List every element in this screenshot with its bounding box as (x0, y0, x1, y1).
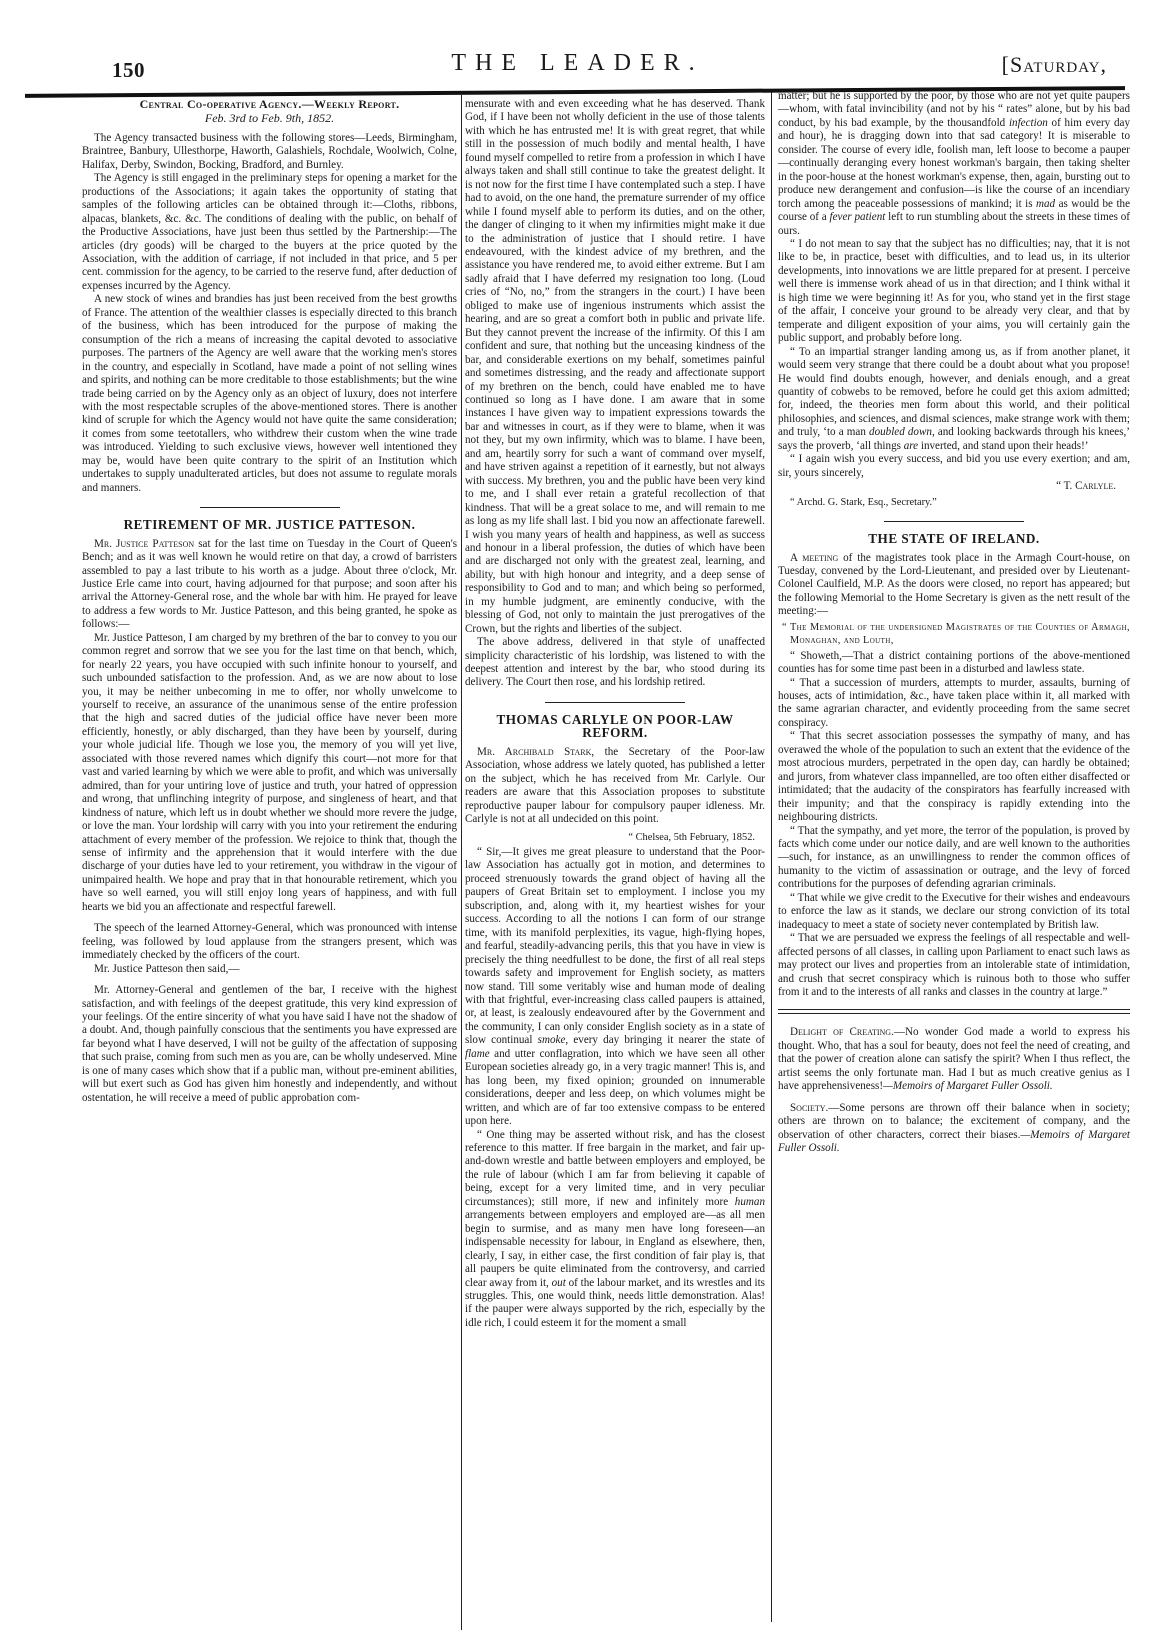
column-divider (461, 95, 462, 1630)
paragraph: The Agency is still engaged in the preli… (82, 172, 457, 293)
paragraph: A new stock of wines and brandies has ju… (82, 293, 457, 495)
date-range: Feb. 3rd to Feb. 9th, 1852. (82, 112, 457, 125)
paragraph: “ That this secret association possesses… (778, 730, 1130, 824)
letter-paragraph: “ One thing may be asserted without risk… (465, 1129, 765, 1331)
lead-words: Delight of Creating. (790, 1026, 894, 1038)
section-divider (884, 521, 1024, 522)
paragraph: “ That while we give credit to the Execu… (778, 892, 1130, 932)
paragraph: “ Showeth,—That a district containing po… (778, 650, 1130, 677)
article-carlyle-continued: matter; but he is supported by the poor,… (778, 90, 1130, 509)
paragraph: “ That we are persuaded we express the f… (778, 932, 1130, 999)
article-title: THE STATE OF IRELAND. (778, 532, 1130, 545)
article-title: RETIREMENT OF MR. JUSTICE PATTESON. (82, 518, 457, 531)
article-society: Society.—Some persons are thrown off the… (778, 1102, 1130, 1156)
column-left: Central Co-operative Agency.—Weekly Repo… (82, 98, 457, 1105)
letter-paragraph: “ I do not mean to say that the subject … (778, 238, 1130, 346)
letter-dateline: “ Chelsea, 5th February, 1852. (465, 831, 765, 844)
paragraph: Mr. Justice Patteson then said,— (82, 963, 457, 976)
article-carlyle: THOMAS CARLYLE ON POOR-LAW REFORM. Mr. A… (465, 713, 765, 1330)
letter-addressee: “ Archd. G. Stark, Esq., Secretary.” (778, 496, 1130, 509)
article-ireland: THE STATE OF IRELAND. A meeting of the m… (778, 532, 1130, 999)
letter-paragraph: matter; but he is supported by the poor,… (778, 90, 1130, 238)
paragraph: The above address, delivered in that sty… (465, 636, 765, 690)
issue-day: [Saturday, (1002, 52, 1107, 78)
paragraph: “ That a succession of murders, attempts… (778, 677, 1130, 731)
section-divider-double (778, 1009, 1130, 1014)
paragraph: Mr. Justice Patteson, I am charged by my… (82, 632, 457, 915)
paragraph: mensurate with and even exceeding what h… (465, 98, 765, 636)
paragraph: Mr. Attorney-General and gentlemen of th… (82, 984, 457, 1105)
column-right: matter; but he is supported by the poor,… (778, 90, 1130, 1156)
lead-words: Mr. Archibald Stark (477, 746, 591, 758)
letter-paragraph: “ Sir,—It gives me great pleasure to und… (465, 846, 765, 1129)
paragraph: “ That the sympathy, and yet more, the t… (778, 825, 1130, 892)
memorial-heading: “ The Memorial of the undersigned Magist… (778, 621, 1130, 648)
article-patteson: RETIREMENT OF MR. JUSTICE PATTESON. Mr. … (82, 518, 457, 1105)
lead-words: A meeting (790, 552, 838, 564)
letter-paragraph: “ I again wish you every success, and bi… (778, 453, 1130, 480)
article-cooperative-agency: Central Co-operative Agency.—Weekly Repo… (82, 98, 457, 495)
letter-paragraph: “ To an impartial stranger landing among… (778, 346, 1130, 454)
paragraph: The Agency transacted business with the … (82, 132, 457, 172)
section-divider (545, 702, 685, 703)
lead-words: Society. (790, 1102, 828, 1114)
letter-signature: “ T. Carlyle. (778, 480, 1130, 493)
paragraph: sat for the last time on Tuesday in the … (82, 538, 457, 631)
paragraph: The speech of the learned Attorney-Gener… (82, 922, 457, 962)
newspaper-title: THE LEADER. (0, 50, 1155, 77)
lead-words: Mr. Justice Patteson (94, 538, 194, 550)
article-heading: Central Co-operative Agency.—Weekly Repo… (82, 98, 457, 111)
masthead: 150 THE LEADER. [Saturday, (0, 0, 1155, 95)
article-delight-of-creating: Delight of Creating.—No wonder God made … (778, 1026, 1130, 1093)
article-title: THOMAS CARLYLE ON POOR-LAW REFORM. (465, 713, 765, 740)
column-divider (771, 92, 772, 1622)
source-citation: —Memoirs of Margaret Fuller Ossoli. (883, 1080, 1053, 1092)
column-middle: mensurate with and even exceeding what h… (465, 98, 765, 1330)
section-divider (200, 507, 340, 508)
